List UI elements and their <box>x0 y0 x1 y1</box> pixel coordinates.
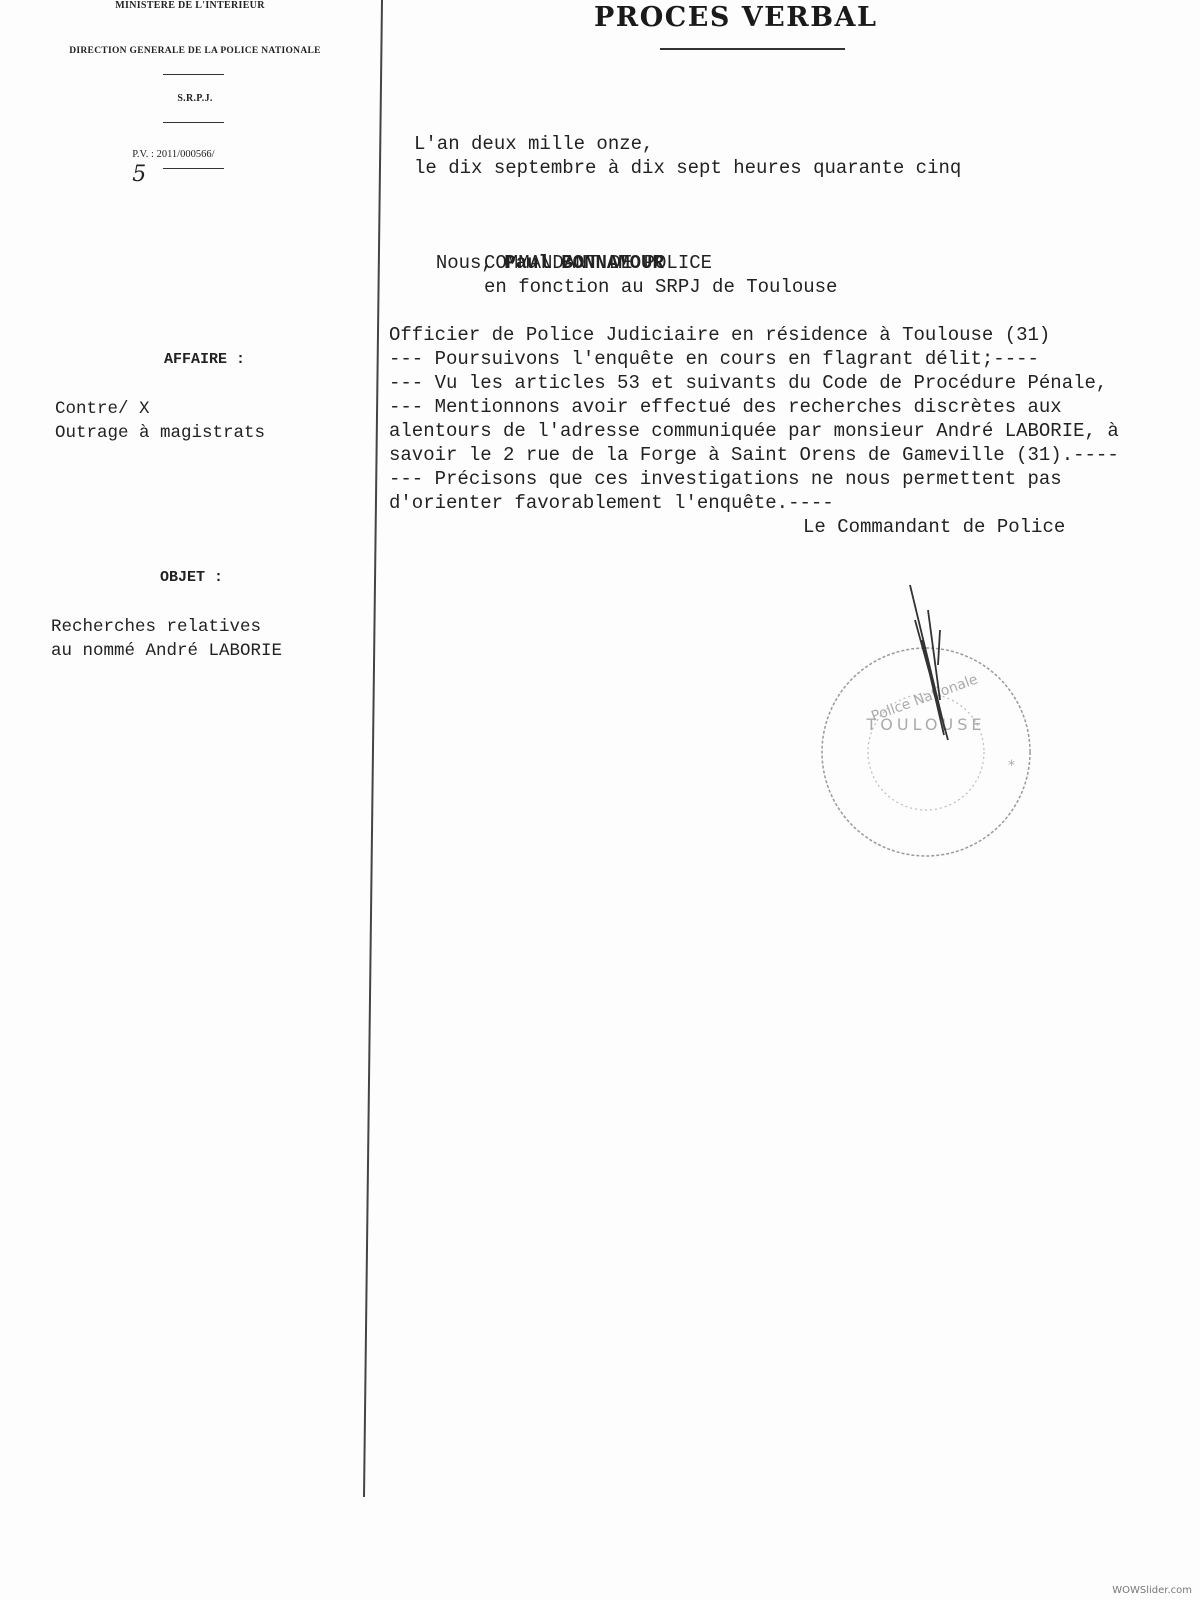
pv-handwritten: 5 <box>132 162 146 187</box>
service-header: S.R.P.J. <box>0 93 390 104</box>
signature-mark <box>900 580 980 760</box>
ministry-header: MINISTERE DE L'INTERIEUR <box>0 0 380 11</box>
date-line-2: le dix septembre à dix sept heures quara… <box>414 156 961 180</box>
affaire-line: Contre/ X <box>55 397 150 421</box>
affaire-label: AFFAIRE : <box>164 351 245 368</box>
body-line: --- Poursuivons l'enquête en cours en fl… <box>389 347 1039 371</box>
watermark: WOWSlider.com <box>1112 1585 1192 1596</box>
body-line: --- Mentionnons avoir effectué des reche… <box>389 395 1062 419</box>
direction-header: DIRECTION GENERALE DE LA POLICE NATIONAL… <box>0 46 390 56</box>
objet-line: au nommé André LABORIE <box>51 639 282 663</box>
affaire-line: Outrage à magistrats <box>55 421 265 445</box>
objet-label: OBJET : <box>160 569 223 586</box>
body-line: --- Vu les articles 53 et suivants du Co… <box>389 371 1107 395</box>
date-line-1: L'an deux mille onze, <box>414 132 653 156</box>
header-rule-1 <box>163 74 224 75</box>
pv-number: P.V. : 2011/000566/ 5 <box>127 138 215 185</box>
officer-assignment: en fonction au SRPJ de Toulouse <box>484 275 837 299</box>
title-underline <box>660 48 845 50</box>
body-line: d'orienter favorablement l'enquête.---- <box>389 491 834 515</box>
body-line: Officier de Police Judiciaire en résiden… <box>389 323 1050 347</box>
header-rule-2 <box>163 122 224 123</box>
pv-label: P.V. : 2011/000566/ <box>132 149 214 160</box>
objet-line: Recherches relatives <box>51 615 261 639</box>
officer-rank: COMMANDANT DE POLICE <box>484 251 712 275</box>
header-rule-3 <box>163 168 224 169</box>
signature-line: Le Commandant de Police <box>803 515 1065 539</box>
svg-text:*: * <box>1008 758 1015 774</box>
body-line: alentours de l'adresse communiquée par m… <box>389 419 1119 443</box>
body-line: savoir le 2 rue de la Forge à Saint Oren… <box>389 443 1119 467</box>
body-line: --- Précisons que ces investigations ne … <box>389 467 1062 491</box>
document-title: PROCES VERBAL <box>594 2 877 33</box>
